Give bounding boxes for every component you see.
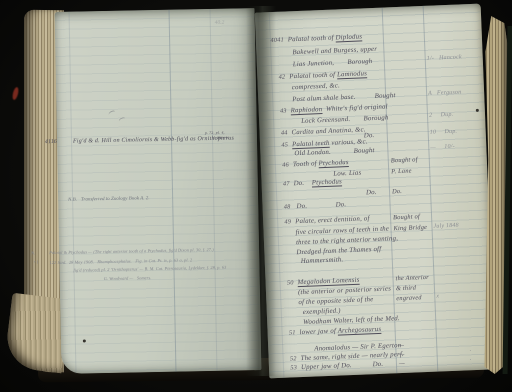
entry-description: Megalodon Lomensis	[297, 277, 359, 286]
check-mark: ·	[470, 357, 472, 363]
entry-description: Bakewell and Burgess, upper	[292, 46, 377, 56]
entry-description: Tooth of Ptychodus	[293, 159, 349, 168]
entry-number: 53	[271, 364, 297, 372]
register-entry-4116: 4116 Fig'd & d. Hill on Cimoliornis & We…	[57, 134, 257, 138]
right-page: 4041Palatal tooth of DiplodusBakewell an…	[255, 4, 496, 379]
entry-description: Palatal tooth of Diplodus	[288, 33, 363, 43]
entry-number: 46	[263, 161, 289, 169]
pencil-squiggle	[108, 110, 116, 117]
acquisition-note: engraved	[396, 294, 422, 302]
acquisition-note: —	[398, 351, 404, 358]
entry-description: Hammersmith.	[301, 256, 344, 265]
entry-number: 49	[265, 218, 291, 226]
price-or-source-note: A Ferguson	[428, 89, 461, 96]
entry-description: exemplified.)	[303, 307, 341, 316]
pencil-annotation-block: N.Palatal & Ptychodus — (The right anter…	[43, 246, 273, 250]
margin-rule	[69, 12, 77, 374]
entry-number: 48	[264, 203, 290, 211]
price-or-source-note: 1/- Hancock	[427, 54, 462, 61]
entry-description: Do.	[366, 189, 377, 196]
transfer-note: N.B. Transferred to Zoology Book A. 2.	[68, 196, 150, 203]
entry-description: Lias Junction, Borough	[293, 58, 373, 68]
acquisition-note: the Anterior	[395, 274, 429, 282]
pencil-note-line: N.	[31, 250, 35, 255]
left-page: 40.2 4116 Fig'd & d. Hill on Cimoliornis…	[55, 8, 262, 374]
price-or-source-note: 2 Dup.	[429, 112, 454, 119]
entry-number: 50	[268, 279, 294, 287]
entry-description: Palatal tooth of Lamnodus	[289, 70, 367, 80]
entry-number: 4041	[258, 37, 284, 45]
pencil-note-line: fig'd (reduced) pl. 2 'Ornithopterus' — …	[73, 265, 226, 273]
acquisition-note: Bought of	[391, 156, 418, 164]
check-mark: ·	[469, 348, 471, 354]
price-or-source-note: — 10/-	[430, 144, 455, 151]
price-or-source-note: July 1848	[433, 223, 459, 230]
entry-reference-sup: J. Morris	[213, 136, 229, 140]
entry-number: 51	[270, 329, 296, 337]
pencil-squiggle	[118, 117, 126, 124]
entry-number: 42	[259, 74, 285, 82]
ink-spot	[476, 109, 479, 112]
entry-reference-sup: p. 72, pl. 4,	[205, 131, 225, 135]
photo-backdrop: 40.2 4116 Fig'd & d. Hill on Cimoliornis…	[0, 0, 512, 392]
column-rule	[169, 10, 177, 372]
entry-description: Fig'd & d. Hill on Cimoliornis & Webb-fi…	[73, 136, 234, 145]
column-rule	[210, 9, 218, 371]
entry-description: Palate, erect dentition, of	[295, 215, 370, 225]
acquisition-note: & third	[396, 284, 416, 292]
folio-pencil-mark: 40.2	[215, 20, 225, 26]
entry-number: 4116	[45, 139, 57, 145]
entry-description: Do. Do.	[296, 201, 346, 210]
entry-description: Do. Ptychodus	[294, 178, 343, 187]
ink-spot	[83, 339, 86, 342]
entry-number: 52	[271, 355, 297, 363]
entry-number: 47	[264, 180, 290, 188]
acquisition-note: —	[398, 342, 404, 349]
acquisition-note: King Bridge	[393, 224, 427, 232]
acquisition-note: P. Lane	[391, 168, 412, 176]
entry-description: Post alum shale base. Bought	[292, 92, 396, 103]
entry-number: 45	[262, 141, 288, 149]
entry-description: compressed, &c.	[292, 82, 340, 91]
register-entries: 4041Palatal tooth of DiplodusBakewell an…	[257, 19, 493, 379]
pencil-note-line: 122 Jard. 28 May 1908. Rhamphocephalus. …	[49, 257, 192, 265]
pencil-note-line: G. Woodward — Somers.	[104, 275, 152, 281]
entry-number: 43	[261, 107, 287, 115]
acquisition-note: —	[399, 360, 405, 367]
entry-description: Low. Lias	[333, 170, 361, 178]
feint-ruling	[55, 8, 262, 374]
price-or-source-note: x	[436, 294, 439, 300]
acquisition-note: Bought of	[393, 213, 420, 221]
red-edge-mark	[12, 87, 20, 101]
acquisition-note: Do.	[392, 188, 402, 195]
pencil-note-line: +1	[33, 259, 38, 264]
